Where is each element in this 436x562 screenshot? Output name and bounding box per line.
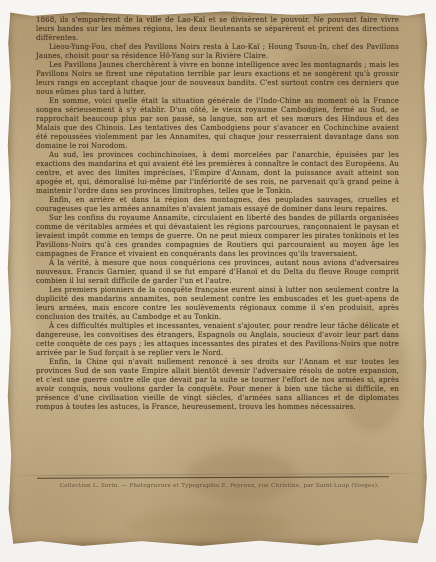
paragraph: À ces difficultés multiples et incessant… [36, 322, 399, 358]
paragraph: À la vérité, à mesure que nous conquério… [36, 259, 399, 286]
paragraph: En somme, voici quelle était la situatio… [36, 97, 399, 151]
paragraph: Au sud, les provinces cochinchinoises, à… [36, 151, 399, 196]
footer-divider [37, 476, 389, 479]
paragraph: Les premiers pionniers de la conquête fr… [36, 286, 399, 322]
paragraph: Les Pavillons Jaunes cherchèrent à vivre… [36, 61, 399, 97]
paragraph: Enfin, en arrière et dans la région des … [36, 196, 399, 214]
paragraph: Sur les confins du royaume Annamite, cir… [36, 214, 399, 259]
imprint-caption: Collection L. Sorin. — Photogravure et T… [52, 483, 387, 490]
paragraph: 1868, ils s'emparèrent de la ville de La… [36, 16, 399, 43]
paper-stain [127, 511, 287, 541]
paragraph: Lieou-Yung-Fou, chef des Pavillons Noirs… [36, 43, 399, 61]
scanned-paper-page: 1868, ils s'emparèrent de la ville de La… [7, 11, 428, 547]
paragraph: Enfin, la Chine qui n'avait nullement re… [36, 358, 399, 412]
page-text: 1868, ils s'emparèrent de la ville de La… [36, 16, 399, 412]
